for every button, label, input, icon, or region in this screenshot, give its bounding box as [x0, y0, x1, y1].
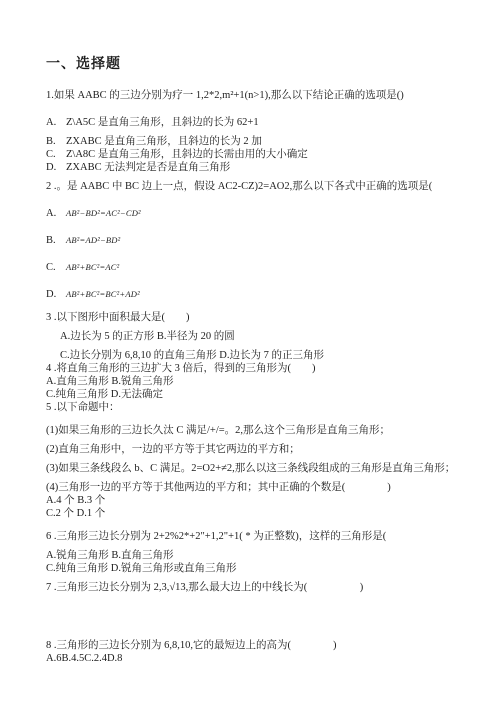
option-text: AB²−BD²=AC²−CD² — [66, 208, 141, 218]
option-row: (3)如果三条线段么 b、C 满足。2=O2+≠2,那么以这三条线段组成的三角形… — [46, 462, 466, 475]
option-row: A.直角三角形 B.锐角三角形 — [46, 375, 466, 388]
question-3: 3 .以下图形中面积最大是( )A.边长为 5 的正方形 B.半径为 20 的圆… — [46, 311, 466, 362]
question-stem: 1.如果 AABC 的三边分别为疗一 1,2*2,m²+1(n>1),那么以下结… — [46, 89, 466, 102]
option-row: B.ZXABC 是直角三角形，且斜边的长为 2 加 — [46, 135, 466, 148]
option-label: C. — [46, 148, 66, 161]
document-page: 一、选择题 1.如果 AABC 的三边分别为疗一 1,2*2,m²+1(n>1)… — [0, 0, 500, 707]
option-row: A.Z\A5C 是直角三角形，且斜边的长为 62+1 — [46, 116, 466, 129]
question-8: 8 .三角形的三边长分别为 6,8,10,它的最短边上的高为( )A.6B.4.… — [46, 639, 466, 665]
question-1: 1.如果 AABC 的三边分别为疗一 1,2*2,m²+1(n>1),那么以下结… — [46, 89, 466, 174]
option-row: C.纯角三角形 D.锐角三角形或直角三角形 — [46, 562, 466, 575]
option-text: ZXABC 是直角三角形，且斜边的长为 2 加 — [66, 136, 262, 147]
option-row: C.Z\A8C 是直角三角形，且斜边的长需由用的大小确定 — [46, 148, 466, 161]
question-2: 2 .。是 AABC 中 BC 边上一点，假设 AC2-CZ)2=AO2,那么以… — [46, 180, 466, 301]
option-row: B.AB²=AD²−BD² — [46, 234, 466, 247]
option-row: A.锐角三角形 B.直角三角形 — [46, 549, 466, 562]
option-text: AB²+BC²=BC²+AD² — [66, 289, 140, 299]
option-row: A.4 个 B.3 个 — [46, 494, 466, 507]
option-label: B. — [46, 135, 66, 148]
question-stem: 3 .以下图形中面积最大是( ) — [46, 311, 466, 324]
option-row: D.ZXABC 无法判定是否是直角三角形 — [46, 161, 466, 174]
question-stem: 6 .三角形三边长分别为 2+2%2*+2"+1,2"+1( * 为正整数)，这… — [46, 530, 466, 543]
option-row: A.6B.4.5C.2.4D.8 — [46, 652, 466, 665]
question-stem: 5 .以下命题中： — [46, 401, 466, 414]
option-row: C.纯角三角形 D.无法确定 — [46, 388, 466, 401]
option-row: A.AB²−BD²=AC²−CD² — [46, 207, 466, 220]
option-text: ZXABC 无法判定是否是直角三角形 — [66, 162, 230, 173]
option-row: (1)如果三角形的三边长久汰 C 满足/+/=。2,那么这个三角形是直角三角形； — [46, 424, 466, 437]
option-text: AB²=AD²−BD² — [66, 235, 120, 245]
option-label: D. — [46, 288, 66, 301]
option-row: C.边长分别为 6,8,10 的直角三角形 D.边长为 7 的正三角形 — [46, 349, 466, 362]
option-label: B. — [46, 234, 66, 247]
question-stem: 8 .三角形的三边长分别为 6,8,10,它的最短边上的高为( ) — [46, 639, 466, 652]
question-stem: 2 .。是 AABC 中 BC 边上一点，假设 AC2-CZ)2=AO2,那么以… — [46, 180, 466, 193]
option-text: Z\A8C 是直角三角形，且斜边的长需由用的大小确定 — [66, 149, 308, 160]
option-row: D.AB²+BC²=BC²+AD² — [46, 288, 466, 301]
option-label: A. — [46, 207, 66, 220]
option-label: A. — [46, 116, 66, 129]
question-6: 6 .三角形三边长分别为 2+2%2*+2"+1,2"+1( * 为正整数)，这… — [46, 530, 466, 575]
option-row: C.AB²+BC²=AC² — [46, 261, 466, 274]
question-4: 4 .将直角三角形的三边扩大 3 倍后，得到的三角形为( )A.直角三角形 B.… — [46, 362, 466, 401]
option-label: D. — [46, 161, 66, 174]
section-heading: 一、选择题 — [46, 55, 466, 75]
option-row: C.2 个 D.1 个 — [46, 507, 466, 520]
option-label: C. — [46, 261, 66, 274]
question-list: 1.如果 AABC 的三边分别为疗一 1,2*2,m²+1(n>1),那么以下结… — [46, 89, 466, 665]
question-stem: 7 .三角形三边长分别为 2,3,√13,那么最大边上的中线长为( ) — [46, 581, 466, 594]
option-row: (2)直角三角形中，一边的平方等于其它两边的平方和； — [46, 443, 466, 456]
option-text: AB²+BC²=AC² — [66, 262, 119, 272]
question-5: 5 .以下命题中：(1)如果三角形的三边长久汰 C 满足/+/=。2,那么这个三… — [46, 401, 466, 520]
question-stem: 4 .将直角三角形的三边扩大 3 倍后，得到的三角形为( ) — [46, 362, 466, 375]
option-row: A.边长为 5 的正方形 B.半径为 20 的圆 — [46, 330, 466, 343]
question-7: 7 .三角形三边长分别为 2,3,√13,那么最大边上的中线长为( ) — [46, 581, 466, 594]
option-row: (4)三角形一边的平方等于其他两边的平方和；其中正确的个数是( ) — [46, 481, 466, 494]
option-text: Z\A5C 是直角三角形，且斜边的长为 62+1 — [66, 117, 259, 128]
